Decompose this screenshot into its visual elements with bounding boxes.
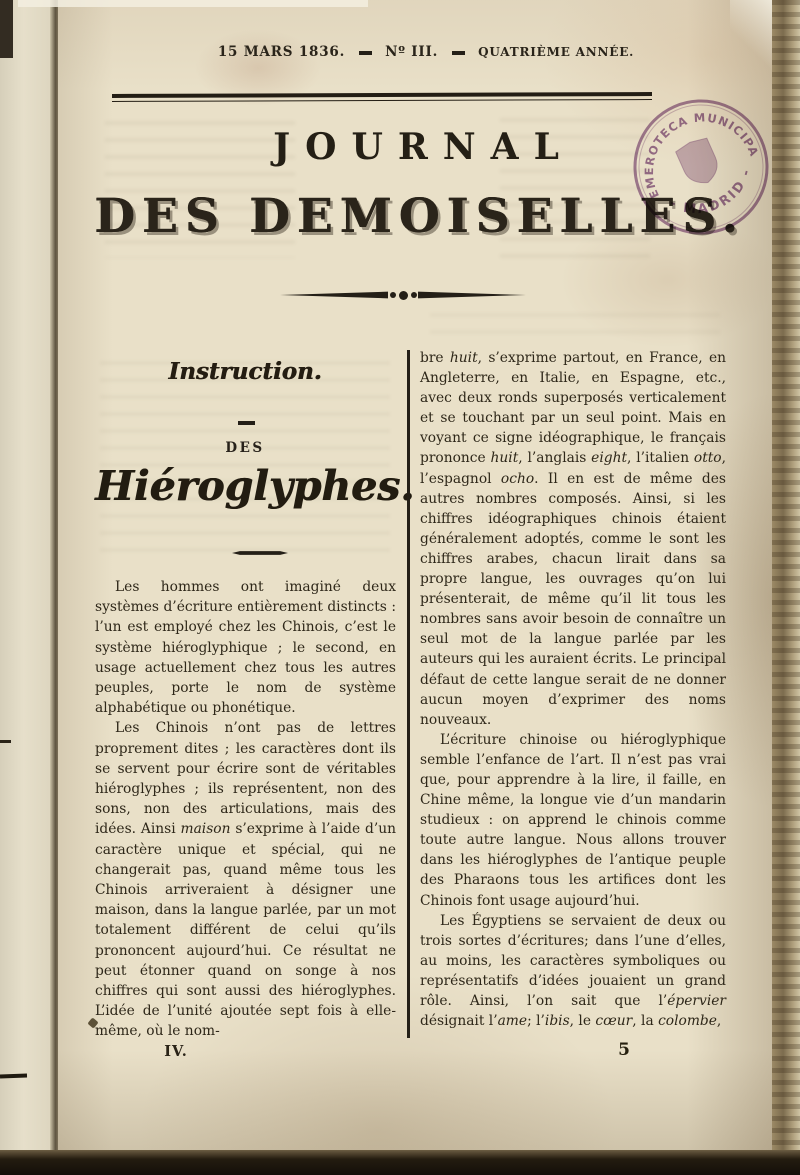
issue-year: QUATRIÈME ANNÉE.: [478, 45, 634, 59]
scan-top-edge: [18, 0, 368, 7]
right-column: bre huit, s’exprime partout, en France, …: [420, 348, 726, 1031]
paragraph: bre huit, s’exprime partout, en France, …: [420, 348, 726, 730]
separator-dash-icon: [452, 51, 465, 55]
page-number: 5: [612, 1040, 636, 1060]
column-rule: [407, 350, 410, 1038]
paragraph: L’écriture chinoise ou hiéroglyphique se…: [420, 730, 726, 911]
scan-corner-shadow: [0, 0, 13, 58]
ornament-bead: [390, 292, 396, 298]
scanned-journal-page: 15 MARS 1836. Nº III. QUATRIÈME ANNÉE. J…: [0, 0, 800, 1175]
issue-date: 15 MARS 1836.: [218, 44, 345, 60]
paragraph: Les Égyptiens se servaient de deux ou tr…: [420, 911, 726, 1032]
rubric-instruction: Instruction.: [95, 358, 395, 385]
stamp-shield-icon: [674, 135, 723, 189]
issue-header: 15 MARS 1836. Nº III. QUATRIÈME ANNÉE.: [70, 44, 782, 60]
ornament-left-taper: [280, 291, 388, 299]
ornament-bead: [411, 292, 417, 298]
section-title-hieroglyphes: Hiéroglyphes.: [95, 462, 395, 510]
previous-page-edge: [0, 0, 52, 1175]
margin-mark: [0, 740, 11, 743]
rubric-dash: [238, 421, 255, 425]
title-divider-ornament: [280, 288, 526, 302]
ornament-bead: [399, 291, 408, 300]
signature-mark: IV.: [95, 1043, 257, 1060]
bottom-scan-shadow: [0, 1150, 800, 1175]
ornament-right-taper: [418, 291, 526, 299]
section-kicker: DES: [95, 440, 395, 456]
left-column: Les hommes ont imaginé deux systèmes d’é…: [95, 577, 396, 1042]
separator-dash-icon: [359, 51, 372, 55]
issue-number: Nº III.: [385, 44, 438, 60]
paragraph: Les Chinois n’ont pas de lettres proprem…: [95, 718, 396, 1041]
paragraph: Les hommes ont imaginé deux systèmes d’é…: [95, 577, 396, 718]
right-page-edge: [772, 0, 800, 1175]
